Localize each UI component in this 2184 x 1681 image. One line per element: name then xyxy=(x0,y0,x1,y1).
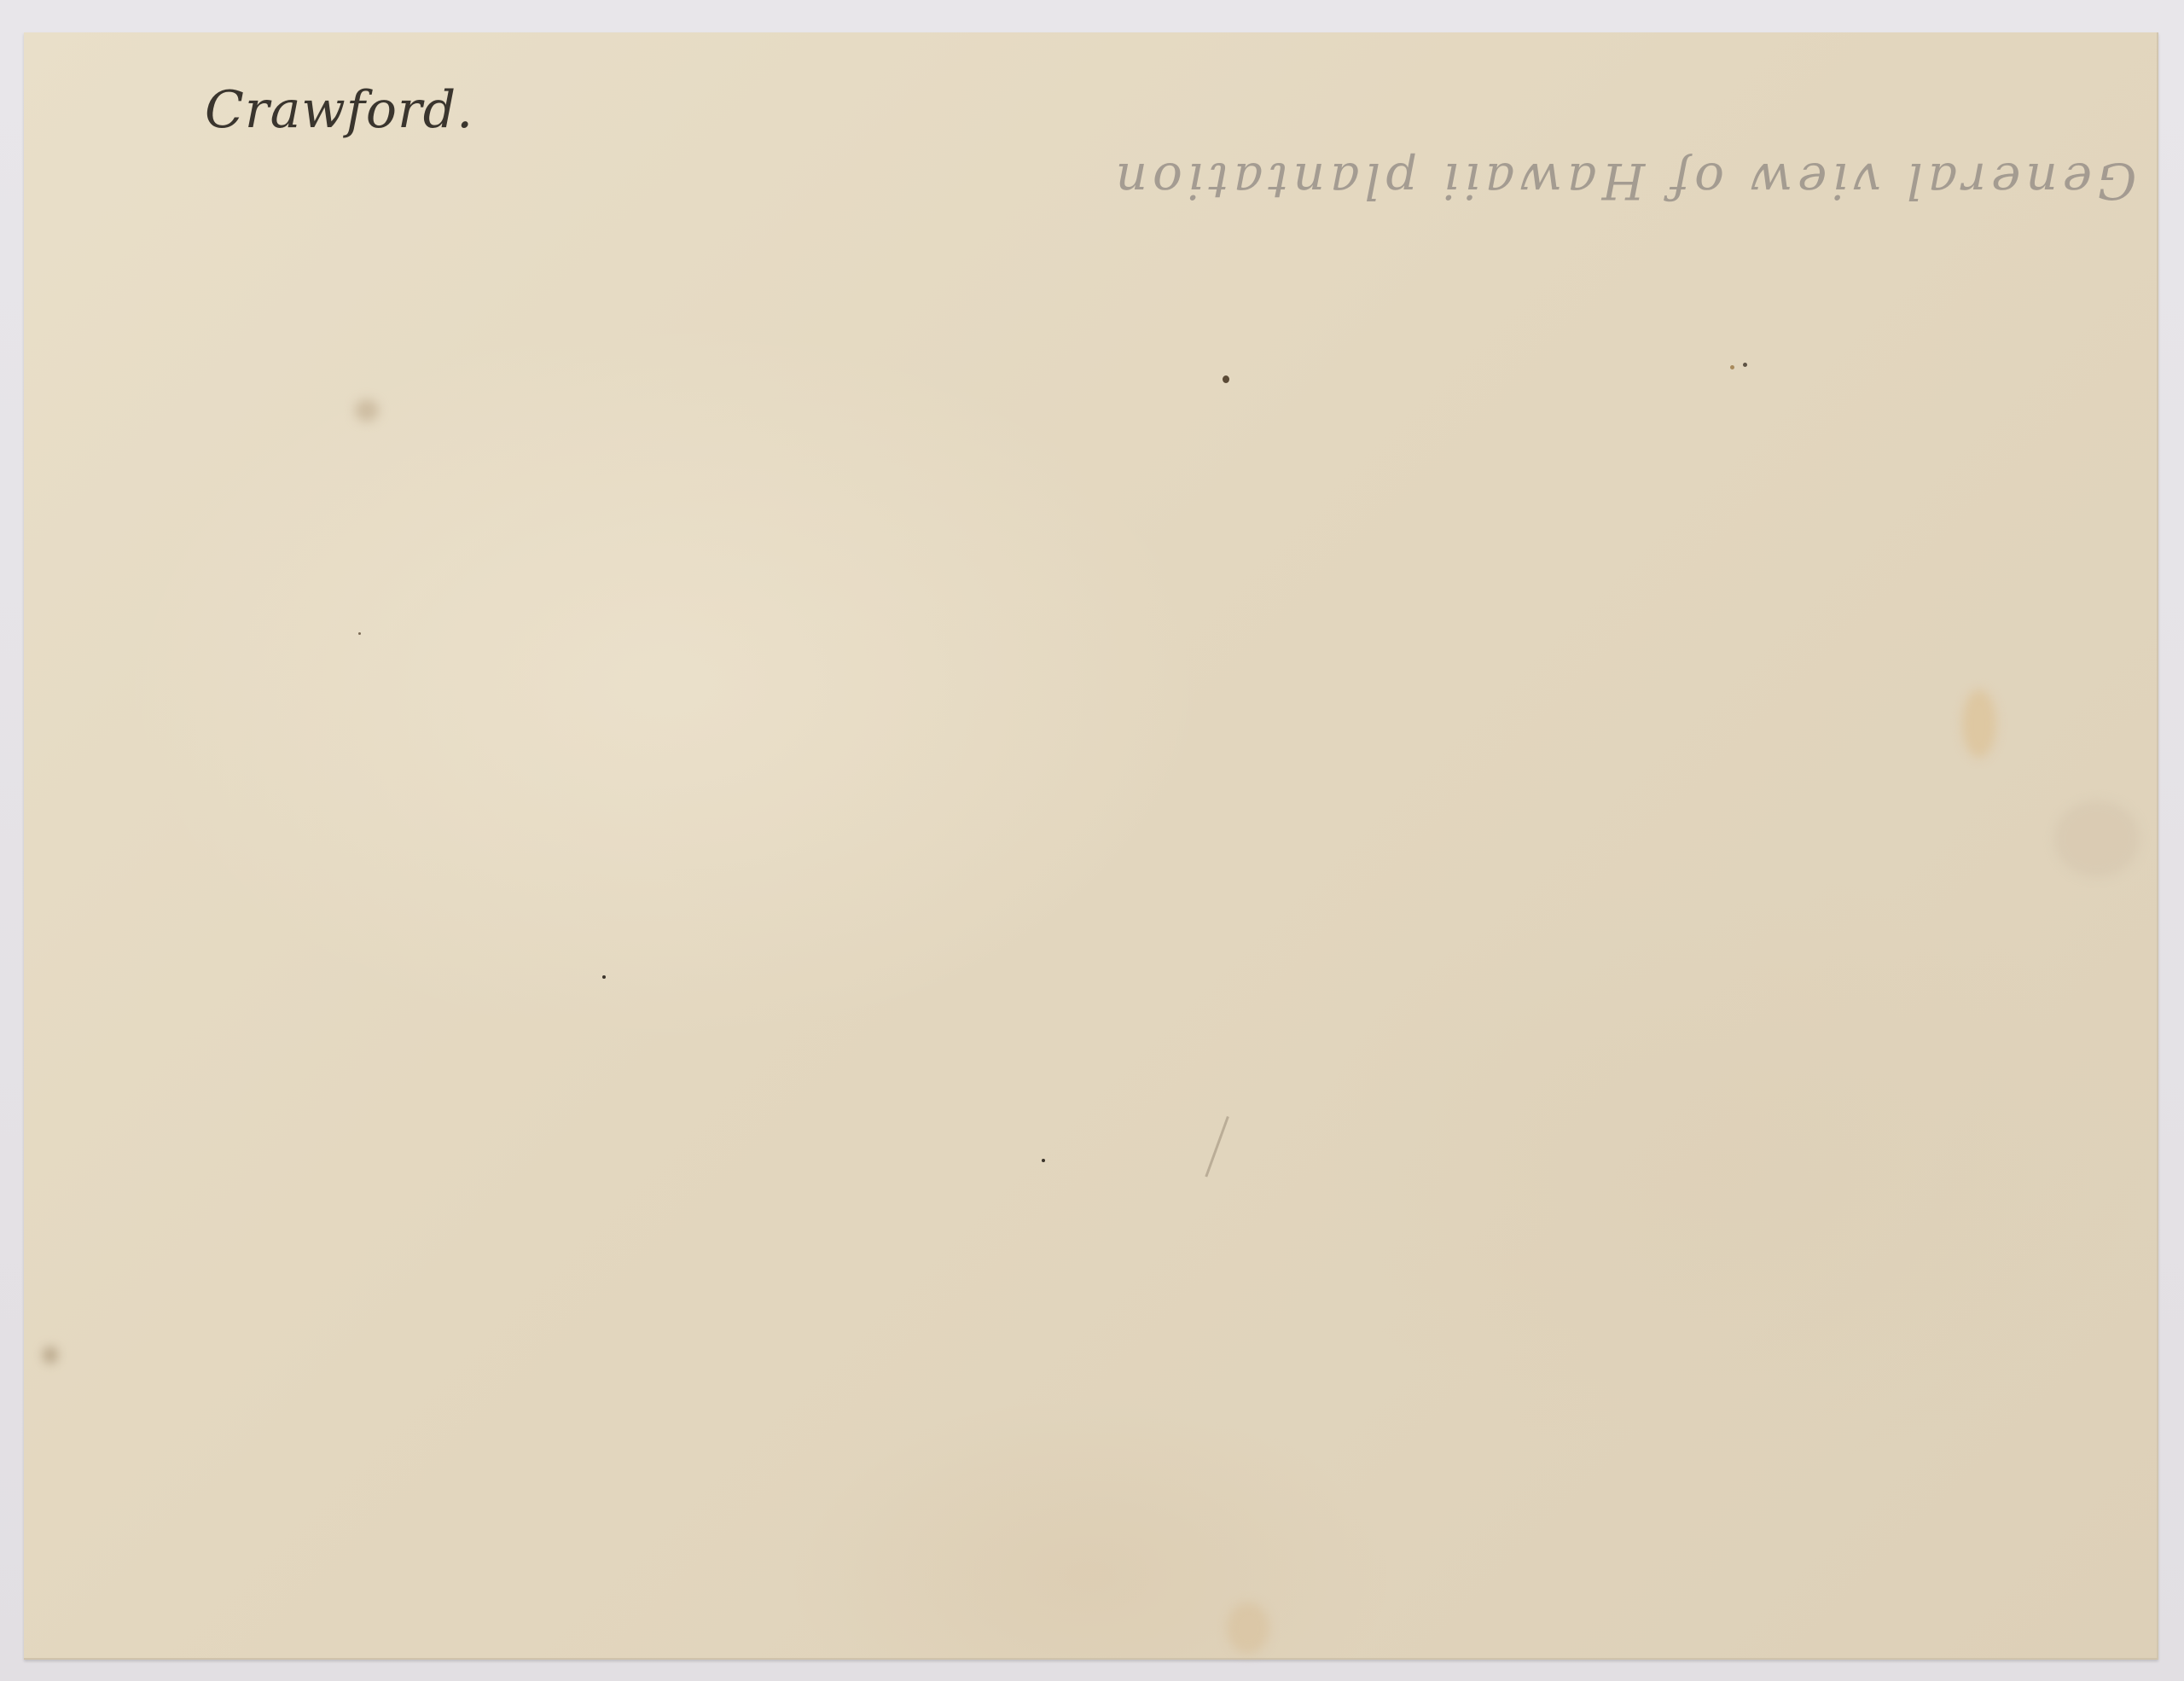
foxing-spot xyxy=(1042,1159,1045,1162)
foxing-spot xyxy=(1223,375,1229,383)
paper-scratch xyxy=(1205,1116,1228,1178)
foxing-spot xyxy=(358,632,361,635)
foxing-spot xyxy=(1730,365,1734,369)
foxing-spot xyxy=(602,975,606,979)
water-stain xyxy=(1227,1602,1269,1654)
foxing-stain xyxy=(43,1347,58,1364)
water-stain xyxy=(1962,689,1996,758)
inscription-crawford: Crawford. xyxy=(205,80,473,140)
faint-stain xyxy=(2054,800,2140,877)
inscription-upside-down-caption: General view of Hawaii plantation xyxy=(1082,152,2165,210)
foxing-spot xyxy=(1743,363,1747,367)
paper-card: Crawford. General view of Hawaii plantat… xyxy=(24,32,2158,1660)
foxing-stain xyxy=(355,399,379,422)
